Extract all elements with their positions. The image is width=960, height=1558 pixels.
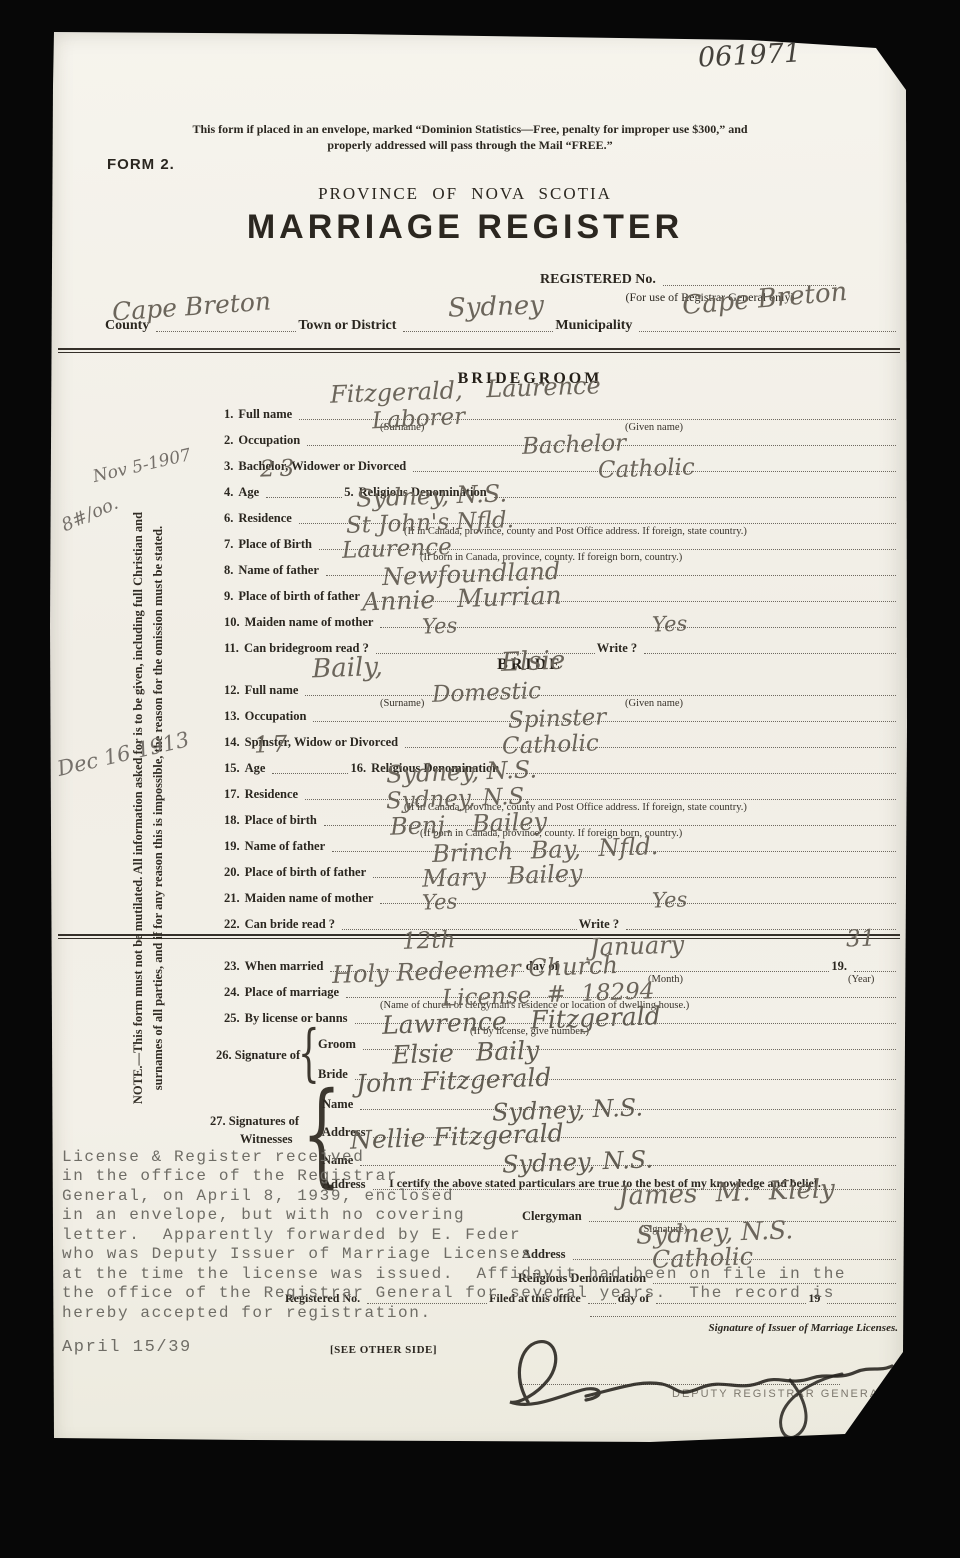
bridegroom-can-read-value: Yes: [422, 613, 458, 638]
field-label: Maiden name of mother: [245, 615, 374, 630]
deputy-registrar-signature: [490, 1318, 920, 1444]
field-number: 20.: [224, 865, 240, 880]
field-number: 24.: [224, 985, 240, 1000]
witness-name-label: Name: [322, 1097, 353, 1112]
dotted-line: [305, 693, 896, 696]
bridegroom-can-write-value: Yes: [652, 611, 688, 636]
bride-can-read-value: Yes: [422, 889, 458, 914]
typed-overlay-line: letter. Apparently forwarded by E. Feder: [62, 1226, 521, 1245]
dotted-line: [266, 495, 342, 498]
town-dotted-line: [403, 329, 553, 332]
field-number: 19.: [224, 839, 240, 854]
write-label: Write ?: [597, 641, 637, 656]
marriage-section-rule: [58, 934, 900, 939]
bridegroom-age-value: 23: [260, 455, 300, 482]
bridegroom-occupation-value: Laborer: [371, 404, 465, 435]
bridegroom-denomination-value: Catholic: [598, 454, 696, 483]
field-number: 16.: [350, 761, 366, 776]
field-label: Place of birth of father: [245, 865, 367, 880]
form-number-label: FORM 2.: [107, 156, 175, 173]
town-value: Sydney: [448, 290, 545, 323]
write-label: Write ?: [579, 917, 619, 932]
bridegroom-father-value: Laurence: [342, 534, 453, 564]
typed-overlay-line: hereby accepted for registration.: [62, 1304, 432, 1323]
dotted-line: [380, 625, 896, 628]
field-number: 1.: [224, 407, 233, 422]
field-label: Age: [245, 761, 266, 776]
typed-overlay-line: in the office of the Registrar: [62, 1167, 398, 1186]
field-number: 2.: [224, 433, 233, 448]
field-label: Residence: [245, 787, 298, 802]
see-other-side-label: [SEE OTHER SIDE]: [330, 1344, 437, 1356]
field-label: Full name: [238, 407, 292, 422]
municipality-dotted-line: [639, 329, 896, 332]
dotted-line: [506, 771, 896, 774]
field-label: Signatures of: [229, 1114, 299, 1128]
municipality-label: Municipality: [555, 318, 632, 334]
marriage-year-value: 31: [846, 925, 876, 952]
handwritten-doc-number: 061971: [697, 37, 802, 73]
field-number: 22.: [224, 917, 240, 932]
field-number: 26.: [216, 1048, 232, 1062]
field-number: 4.: [224, 485, 233, 500]
clergyman-label: Clergyman: [522, 1209, 582, 1224]
issuer-signature-dotted-line: [590, 1316, 896, 1317]
groom-label: Groom: [318, 1037, 356, 1052]
dotted-line: [342, 927, 577, 930]
typed-date: April 15/39: [62, 1338, 192, 1357]
dotted-line: [827, 1301, 896, 1304]
marriage-day-value: 12th: [402, 927, 456, 955]
header-divider-rule: [58, 348, 900, 353]
field-label: Name of father: [238, 563, 319, 578]
field-number: 5.: [344, 485, 353, 500]
field-number: 17.: [224, 787, 240, 802]
dotted-line: [380, 901, 896, 904]
typed-overlay-line: the office of the Registrar General for …: [62, 1284, 835, 1303]
bride-status-value: Spinster: [508, 704, 607, 733]
county-dotted-line: [156, 329, 296, 332]
witnesses-label: Witnesses: [240, 1132, 293, 1147]
dotted-line: [644, 651, 896, 654]
bride-age-value: 17: [254, 731, 292, 758]
field-number: 9.: [224, 589, 233, 604]
typed-overlay-line: who was Deputy Issuer of Marriage Licens…: [62, 1245, 532, 1264]
field-number: 3.: [224, 459, 233, 474]
witness2-address-value: Sydney, N.S.: [502, 1145, 654, 1178]
field-number: 14.: [224, 735, 240, 750]
dotted-line: [854, 969, 896, 972]
field-label: Place of birth of father: [238, 589, 360, 604]
registered-no-label: REGISTERED No.: [540, 272, 656, 288]
field-number: 7.: [224, 537, 233, 552]
field-label: Name of father: [245, 839, 326, 854]
field-label: Age: [238, 485, 259, 500]
year-prefix: 19.: [831, 959, 847, 974]
town-label: Town or District: [298, 318, 396, 334]
field-label: Residence: [238, 511, 291, 526]
field-label: When married: [245, 959, 324, 974]
page-title: MARRIAGE REGISTER: [145, 208, 785, 247]
typed-overlay-line: License & Register received: [62, 1148, 364, 1167]
field-label: Occupation: [245, 709, 307, 724]
margin-handwritten-note-mid: 8#/oo.: [58, 493, 121, 536]
field-label: Full name: [245, 683, 299, 698]
field-label: By license or banns: [245, 1011, 348, 1026]
field-number: 15.: [224, 761, 240, 776]
bride-mother-value: Mary Bailey: [422, 859, 583, 893]
field-number: 12.: [224, 683, 240, 698]
field-number: 11.: [224, 641, 239, 656]
field-number: 25.: [224, 1011, 240, 1026]
bridegroom-status-value: Bachelor: [522, 430, 627, 460]
religious-denomination-value: Catholic: [652, 1242, 754, 1274]
scanned-marriage-register-page: 061971 This form if placed in an envelop…: [50, 26, 908, 1446]
dotted-line: [272, 771, 348, 774]
margin-note-line2: surnames of all parties, and if for any …: [148, 473, 168, 1143]
mail-notice-line2: properly addressed will pass through the…: [110, 138, 830, 153]
dotted-line: [405, 745, 896, 748]
dotted-line: [494, 495, 896, 498]
typed-overlay-line: in an envelope, but with no covering: [62, 1206, 465, 1225]
field-label: Place of Birth: [238, 537, 312, 552]
bride-occupation-value: Domestic: [432, 678, 542, 708]
margin-note-line1: NOTE.—This form must not be mutilated. A…: [128, 473, 148, 1143]
field-number: 18.: [224, 813, 240, 828]
field-number: 10.: [224, 615, 240, 630]
bride-can-write-value: Yes: [652, 887, 688, 912]
margin-note-vertical: NOTE.—This form must not be mutilated. A…: [128, 473, 172, 1143]
field-label: Place of birth: [245, 813, 317, 828]
field-number: 8.: [224, 563, 233, 578]
province-title: PROVINCE OF NOVA SCOTIA: [165, 184, 765, 204]
mail-notice-line1: This form if placed in an envelope, mark…: [110, 122, 830, 137]
field-label: Can bride read ?: [245, 917, 335, 932]
field-number: 13.: [224, 709, 240, 724]
field-label: Maiden name of mother: [245, 891, 374, 906]
field-label: Occupation: [238, 433, 300, 448]
field-number: 27.: [210, 1114, 226, 1128]
field-number: 21.: [224, 891, 240, 906]
field-number: 6.: [224, 511, 233, 526]
field-label: Signature of: [235, 1048, 300, 1062]
field-number: 23.: [224, 959, 240, 974]
field-label: Place of marriage: [245, 985, 339, 1000]
typed-overlay-line: General, on April 8, 1939, enclosed: [62, 1187, 454, 1206]
